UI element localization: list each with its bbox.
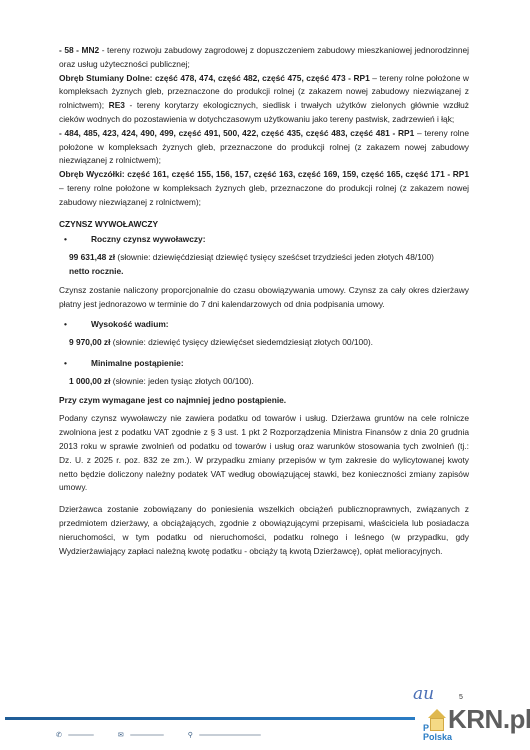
rent-payment-paragraph: Czynsz zostanie naliczony proporcjonalni… bbox=[59, 284, 469, 312]
min-bid-label: Minimalne postąpienie: bbox=[80, 357, 184, 371]
address-text-illegible bbox=[199, 734, 261, 736]
footer-contacts: ✆ ✉ ⚲ bbox=[56, 731, 261, 739]
watermark-text: KRN.pl bbox=[448, 704, 530, 735]
bullet-icon: • bbox=[59, 318, 80, 332]
annual-rent-amount: 99 631,48 zł bbox=[69, 252, 115, 262]
stumiany-dolne-parcels: Obręb Stumiany Dolne: część 478, 474, cz… bbox=[59, 73, 370, 83]
annual-rent-value: 99 631,48 zł (słownie: dziewięćdziesiąt … bbox=[59, 251, 469, 279]
bullet-annual-rent: • Roczny czynsz wywoławczy: bbox=[59, 233, 469, 247]
bullet-icon: • bbox=[59, 233, 80, 247]
zone-mn2-label: - 58 - MN2 bbox=[59, 45, 99, 55]
deposit-label: Wysokość wadium: bbox=[80, 318, 169, 332]
contact-address: ⚲ bbox=[188, 731, 261, 739]
zone-re3-label: RE3 bbox=[109, 100, 125, 110]
bullet-deposit: • Wysokość wadium: bbox=[59, 318, 469, 332]
signature-initials: au bbox=[413, 684, 434, 704]
location-pin-icon: ⚲ bbox=[188, 731, 193, 739]
annual-rent-label: Roczny czynsz wywoławczy: bbox=[80, 233, 206, 247]
obligations-paragraph: Dzierżawca zostanie zobowiązany do ponie… bbox=[59, 503, 469, 558]
document-body: - 58 - MN2 - tereny rozwoju zabudowy zag… bbox=[59, 44, 469, 558]
phone-icon: ✆ bbox=[56, 731, 62, 739]
mail-icon: ✉ bbox=[118, 731, 124, 739]
contact-email: ✉ bbox=[118, 731, 164, 739]
document-page: - 58 - MN2 - tereny rozwoju zabudowy zag… bbox=[0, 0, 530, 750]
phone-text-illegible bbox=[68, 734, 94, 736]
wyczolki-paragraph: Obręb Wyczółki: część 161, część 155, 15… bbox=[59, 168, 469, 209]
contact-phone: ✆ bbox=[56, 731, 94, 739]
min-bid-amount: 1 000,00 zł bbox=[69, 376, 110, 386]
email-text-illegible bbox=[130, 734, 164, 736]
bullet-min-bid: • Minimalne postąpienie: bbox=[59, 357, 469, 371]
bullet-icon: • bbox=[59, 357, 80, 371]
page-number: 5 bbox=[459, 694, 463, 701]
section-heading-rent: CZYNSZ WYWOŁAWCZY bbox=[59, 218, 469, 232]
min-bid-value: 1 000,00 zł (słownie: jeden tysiąc złoty… bbox=[59, 375, 469, 389]
deposit-amount: 9 970,00 zł bbox=[69, 337, 110, 347]
krn-watermark: KRN.pl bbox=[428, 704, 530, 735]
bid-requirement-note: Przy czym wymagane jest co najmniej jedn… bbox=[59, 394, 469, 408]
footer-divider bbox=[5, 717, 415, 720]
parcel-list-rp1: - 484, 485, 423, 424, 490, 499, część 49… bbox=[59, 128, 414, 138]
wyczolki-parcels: Obręb Wyczółki: część 161, część 155, 15… bbox=[59, 169, 469, 179]
vat-paragraph: Podany czynsz wywoławczy nie zawiera pod… bbox=[59, 412, 469, 495]
zone-mn2-paragraph: - 58 - MN2 - tereny rozwoju zabudowy zag… bbox=[59, 44, 469, 72]
house-icon bbox=[428, 709, 446, 731]
stumiany-dolne-paragraph: Obręb Stumiany Dolne: część 478, 474, cz… bbox=[59, 72, 469, 127]
deposit-value: 9 970,00 zł (słownie: dziewięć tysięcy d… bbox=[59, 336, 469, 350]
parcel-list-rp1-paragraph: - 484, 485, 423, 424, 490, 499, część 49… bbox=[59, 127, 469, 168]
